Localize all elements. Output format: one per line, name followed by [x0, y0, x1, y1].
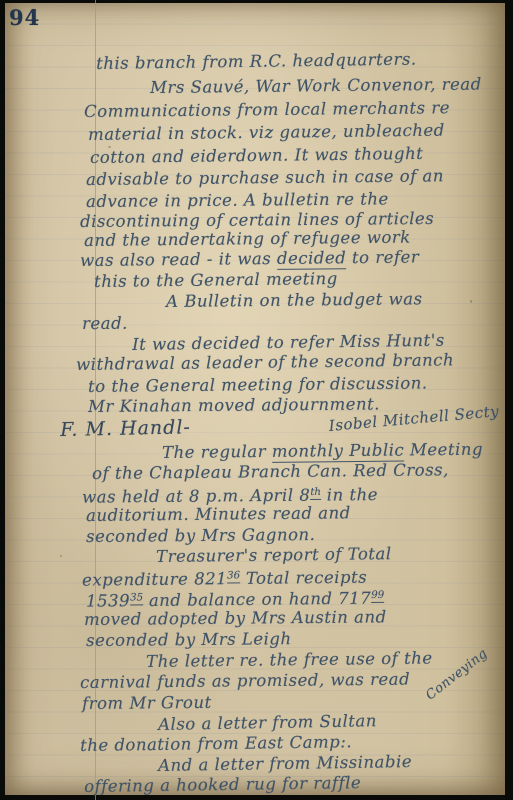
manuscript-text-segment: Communications from local merchants re [84, 98, 450, 121]
manuscript-line: Conveying [422, 645, 493, 706]
manuscript-text-segment: was also read - it was [80, 249, 277, 270]
manuscript-text-segment: this to the General meeting [94, 269, 338, 291]
manuscript-text-segment: auditorium. Minutes read and [86, 503, 351, 525]
manuscript-text-segment: advance in price. A bulletin re the [86, 189, 389, 211]
manuscript-text-segment: And a letter from Missinabie [158, 752, 412, 775]
manuscript-text-segment: carnival funds as promised, was read [80, 670, 410, 692]
manuscript-text-segment: expenditure 821 [82, 569, 227, 590]
manuscript-line: advance in price. A bulletin re the [86, 189, 389, 212]
manuscript-text-segment: A Bulletin on the budget was [166, 289, 423, 311]
manuscript-text-segment: th [310, 487, 321, 500]
manuscript-text-segment: seconded by Mrs Leigh [86, 629, 292, 650]
manuscript-text-segment: cotton and eiderdown. It was thought [90, 144, 423, 167]
manuscript-text-segment: from Mr Grout [82, 693, 212, 713]
manuscript-text-segment: The regular [162, 442, 272, 462]
manuscript-text-segment: and the undertaking of refugee work [84, 228, 411, 250]
manuscript-text-segment: of the Chapleau Branch Can. Red Cross, [92, 460, 449, 483]
manuscript-line: Communications from local merchants re [84, 98, 450, 122]
manuscript-line: withdrawal as leader of the second branc… [76, 350, 454, 375]
manuscript-line: Treasurer's report of Total [156, 544, 392, 567]
manuscript-line: offering a hooked rug for raffle [84, 773, 361, 797]
manuscript-line: cotton and eiderdown. It was thought [90, 144, 423, 168]
manuscript-line: this branch from R.C. headquarters. [96, 50, 417, 74]
manuscript-text-segment: moved adopted by Mrs Austin and [84, 607, 387, 629]
manuscript-text-segment: this branch from R.C. headquarters. [96, 50, 417, 73]
manuscript-line: And a letter from Missinabie [158, 752, 412, 776]
manuscript-text-segment: 99 [371, 590, 384, 603]
manuscript-line: from Mr Grout [82, 693, 212, 714]
manuscript-line: was also read - it was decided to refer [80, 247, 419, 271]
manuscript-line: of the Chapleau Branch Can. Red Cross, [92, 460, 449, 484]
manuscript-line: The letter re. the free use of the [146, 649, 433, 672]
handwriting-layer: this branch from R.C. headquarters.Mrs S… [0, 0, 513, 800]
manuscript-line: auditorium. Minutes read and [86, 503, 351, 526]
manuscript-line: advisable to purchase such in case of an [86, 166, 444, 190]
manuscript-text-segment: monthly Public [272, 440, 405, 462]
manuscript-line: to the General meeting for discussion. [88, 373, 428, 397]
manuscript-text-segment: to refer [346, 247, 419, 267]
manuscript-text-segment: read. [82, 314, 128, 333]
manuscript-text-segment: advisable to purchase such in case of an [86, 166, 444, 189]
manuscript-text-segment: 36 [227, 570, 240, 583]
manuscript-text-segment: Treasurer's report of Total [156, 544, 392, 566]
scanned-ledger-page: 94 this branch from R.C. headquarters.Mr… [0, 0, 513, 800]
manuscript-line: material in stock. viz gauze, unbleached [88, 121, 445, 145]
manuscript-text-segment: F. M. Handl- [60, 416, 191, 441]
manuscript-text-segment: offering a hooked rug for raffle [84, 773, 361, 796]
manuscript-line: Mrs Sauvé, War Work Convenor, read [150, 75, 482, 98]
manuscript-line: carnival funds as promised, was read [80, 670, 410, 693]
manuscript-text-segment: Meeting [404, 440, 483, 460]
manuscript-text-segment: The letter re. the free use of the [146, 649, 433, 671]
manuscript-line: Mr Kinahan moved adjournment. [88, 394, 380, 417]
manuscript-text-segment: seconded by Mrs Gagnon. [86, 525, 315, 546]
manuscript-line: A Bulletin on the budget was [166, 289, 423, 312]
manuscript-text-segment: Mr Kinahan moved adjournment. [88, 394, 380, 416]
manuscript-line: seconded by Mrs Gagnon. [86, 525, 315, 547]
manuscript-text-segment: the donation from East Camp:. [80, 732, 352, 755]
manuscript-line: the donation from East Camp:. [80, 732, 352, 756]
manuscript-text-segment: 35 [130, 592, 143, 605]
manuscript-text-segment: withdrawal as leader of the second branc… [76, 350, 454, 374]
manuscript-line: this to the General meeting [94, 269, 338, 292]
manuscript-text-segment: Mrs Sauvé, War Work Convenor, read [150, 75, 482, 97]
manuscript-text-segment: decided [277, 248, 346, 270]
manuscript-text-segment: Also a letter from Sultan [158, 711, 377, 734]
manuscript-text-segment: in the [321, 485, 378, 504]
manuscript-line: moved adopted by Mrs Austin and [84, 607, 387, 630]
manuscript-line: seconded by Mrs Leigh [86, 629, 292, 651]
manuscript-text-segment: Conveying [423, 646, 490, 703]
manuscript-line: F. M. Handl- [60, 417, 191, 440]
manuscript-line: read. [82, 314, 128, 334]
manuscript-text-segment: 1539 [86, 591, 130, 610]
manuscript-text-segment: material in stock. viz gauze, unbleached [88, 121, 445, 144]
manuscript-text-segment: Total receipts [240, 568, 367, 588]
manuscript-text-segment: to the General meeting for discussion. [88, 373, 428, 396]
